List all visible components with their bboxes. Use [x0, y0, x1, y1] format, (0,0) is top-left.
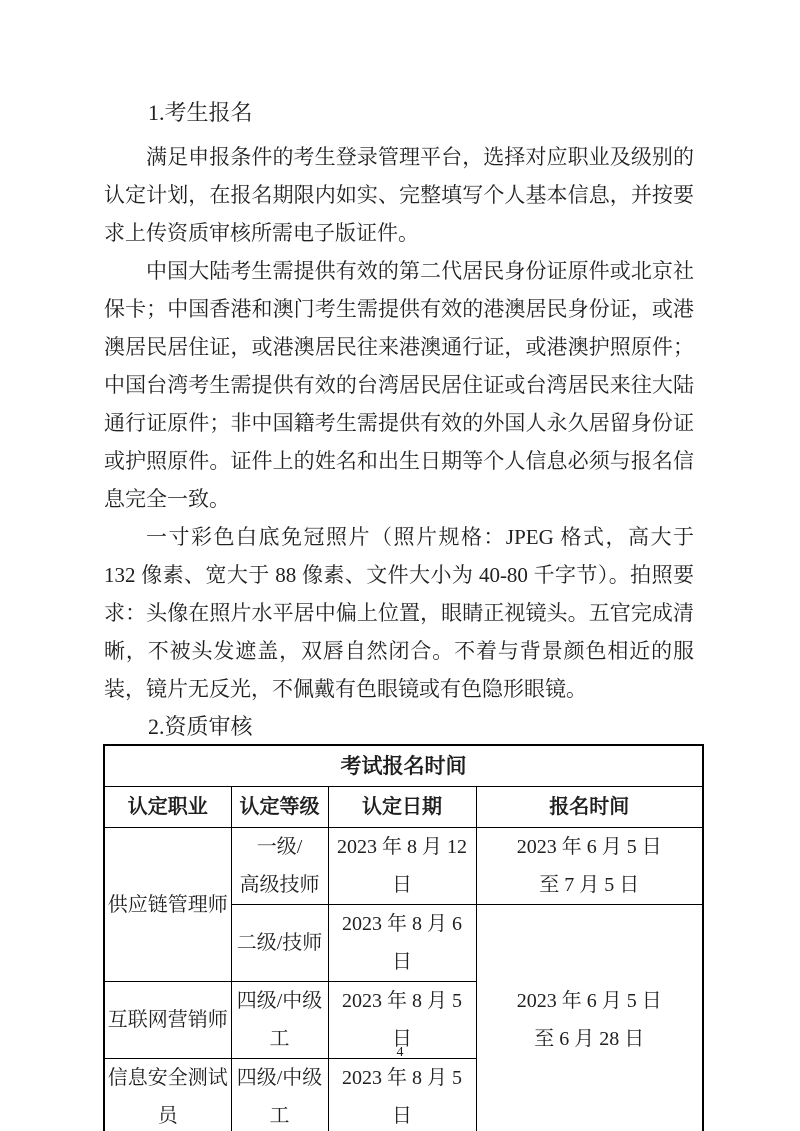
cell-level-1-line2: 高级技师	[234, 866, 326, 904]
column-header-reg-time: 报名时间	[476, 787, 703, 828]
cell-level-2: 二级/技师	[231, 905, 328, 982]
paragraph-registration-platform: 满足申报条件的考生登录管理平台，选择对应职业及级别的认定计划，在报名期限内如实、…	[104, 138, 694, 252]
cell-level-1-line1: 一级/	[234, 828, 326, 866]
table-row-level1: 供应链管理师 一级/ 高级技师 2023 年 8 月 12 日 2023 年 6…	[104, 828, 703, 905]
cell-level-1: 一级/ 高级技师	[231, 828, 328, 905]
table-header-row: 认定职业 认定等级 认定日期 报名时间	[104, 787, 703, 828]
exam-schedule-table-wrapper: 考试报名时间 认定职业 认定等级 认定日期 报名时间 供应链管理师 一级/ 高级…	[103, 744, 702, 1131]
cell-date-level2: 2023 年 8 月 6 日	[328, 905, 476, 982]
document-page: 1.考生报名 满足申报条件的考生登录管理平台，选择对应职业及级别的认定计划，在报…	[0, 0, 800, 1131]
column-header-level: 认定等级	[231, 787, 328, 828]
table-title: 考试报名时间	[104, 745, 703, 787]
section-heading-qualification-review: 2.资质审核	[104, 708, 694, 742]
exam-registration-table: 考试报名时间 认定职业 认定等级 认定日期 报名时间 供应链管理师 一级/ 高级…	[103, 744, 704, 1131]
cell-date-infosec: 2023 年 8 月 5 日	[328, 1059, 476, 1131]
column-header-date: 认定日期	[328, 787, 476, 828]
cell-reg-time-1: 2023 年 6 月 5 日 至 7 月 5 日	[476, 828, 703, 905]
cell-occupation-infosec: 信息安全测试员	[104, 1059, 231, 1131]
cell-reg-time-1-line2: 至 7 月 5 日	[479, 866, 701, 904]
cell-level-infosec: 四级/中级工	[231, 1059, 328, 1131]
page-number: 4	[0, 1044, 800, 1062]
column-header-occupation: 认定职业	[104, 787, 231, 828]
cell-reg-time-1-line1: 2023 年 6 月 5 日	[479, 828, 701, 866]
table-title-row: 考试报名时间	[104, 745, 703, 787]
section-heading-candidate-registration: 1.考生报名	[104, 94, 694, 132]
paragraph-photo-requirements: 一寸彩色白底免冠照片（照片规格：JPEG 格式，高大于 132 像素、宽大于 8…	[104, 518, 694, 708]
cell-reg-time-2: 2023 年 6 月 5 日 至 6 月 28 日	[476, 905, 703, 1131]
cell-date-level1: 2023 年 8 月 12 日	[328, 828, 476, 905]
paragraph-id-documents: 中国大陆考生需提供有效的第二代居民身份证原件或北京社保卡；中国香港和澳门考生需提…	[104, 252, 694, 518]
text-block: 1.考生报名 满足申报条件的考生登录管理平台，选择对应职业及级别的认定计划，在报…	[104, 94, 694, 742]
cell-reg-time-2-line1: 2023 年 6 月 5 日	[479, 982, 701, 1020]
cell-occupation-scm: 供应链管理师	[104, 828, 231, 982]
